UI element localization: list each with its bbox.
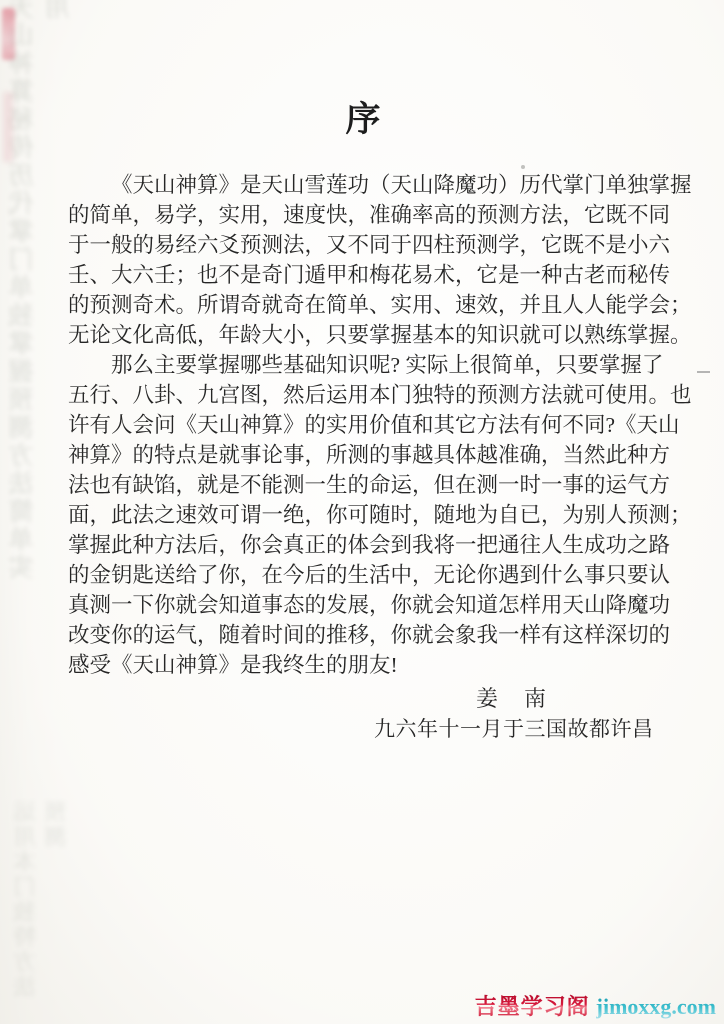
text-line: 的金钥匙送给了你，在今后的生活中，无论你遇到什么事只要认 bbox=[68, 560, 661, 590]
text-line: 那么主要掌握哪些基础知识呢? 实际上很简单，只要掌握了 bbox=[68, 350, 661, 380]
text-line: 无论文化高低，年龄大小，只要掌握基本的知识就可以熟练掌握。 bbox=[68, 320, 661, 350]
page-title: 序 bbox=[68, 92, 660, 142]
text-line: 壬、大六壬；也不是奇门遁甲和梅花易术，它是一种古老而秘传 bbox=[68, 260, 661, 290]
text-line: 的预测奇术。所谓奇就奇在简单、实用、速效，并且人人能学会； bbox=[68, 290, 661, 320]
text-line: 法也有缺馅，就是不能测一生的命运，但在测一时一事的运气方 bbox=[68, 470, 661, 500]
text-line: 五行、八卦、九宫图，然后运用本门独特的预测方法就可使用。也 bbox=[68, 380, 661, 410]
watermark-url: jimoxxg.com bbox=[596, 994, 716, 1019]
author-signature: 姜 南 bbox=[476, 682, 548, 713]
text-line: 改变你的运气，随着时间的推移，你就会象我一样有这样深切的 bbox=[68, 620, 661, 650]
watermark: 吉墨学习阁jimoxxg.com bbox=[475, 990, 716, 1021]
text-line: 神算》的特点是就事论事，所测的事越具体越准确，当然此种方 bbox=[68, 440, 661, 470]
text-line: 感受《天山神算》是我终生的朋友! bbox=[68, 650, 661, 680]
preface-body: 《天山神算》是天山雪莲功（天山降魔功）历代掌门单独掌握 的简单，易学，实用，速度… bbox=[68, 170, 661, 680]
scan-noise-dash bbox=[697, 371, 710, 373]
text-line: 面，此法之速效可谓一绝，你可随时，随地为自已，为别人预测； bbox=[68, 500, 661, 530]
text-line: 《天山神算》是天山雪莲功（天山降魔功）历代掌门单独掌握 bbox=[68, 170, 661, 200]
pink-smudge bbox=[3, 92, 13, 162]
bleedthrough-text-bottom: 运用本门独特方法预测 bbox=[10, 800, 72, 1020]
dateline: 九六年十一月于三国故都许昌 bbox=[374, 713, 654, 743]
text-line: 于一般的易经六爻预测法，又不同于四柱预测学，它既不是小六 bbox=[68, 230, 661, 260]
watermark-brand: 吉墨学习阁 bbox=[475, 994, 590, 1019]
scan-noise-dot bbox=[521, 165, 525, 169]
red-stamp-smudge bbox=[2, 8, 15, 60]
text-line: 掌握此种方法后，你会真正的体会到我将一把通往人生成功之路 bbox=[68, 530, 661, 560]
text-line: 真测一下你就会知道事态的发展，你就会知道怎样用天山降魔功 bbox=[68, 590, 661, 620]
text-line: 许有人会问《天山神算》的实用价值和其它方法有何不同?《天山 bbox=[68, 410, 661, 440]
scanned-book-page: 天山神算秘传历代掌门单独掌握预测方法简单实用 运用本门独特方法预测 序 《天山神… bbox=[0, 0, 724, 1024]
text-line: 的简单，易学，实用，速度快，准确率高的预测方法，它既不同 bbox=[68, 200, 661, 230]
